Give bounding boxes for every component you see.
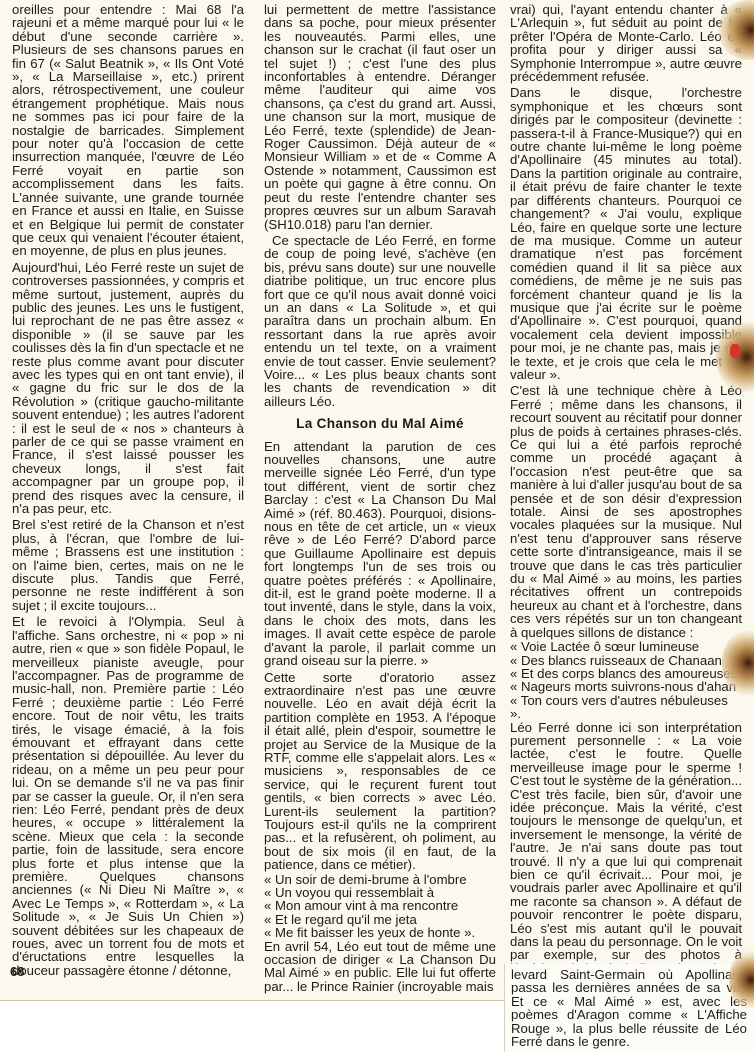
verse-line: « Et des corps blancs des amoureuses — [510, 667, 742, 680]
article-column-3-tail: levard Saint-Germain où Apollinaire pass… — [511, 968, 747, 1049]
paragraph: Dans le disque, l'orchestre symphonique … — [510, 86, 742, 381]
verse-line: « Ton cours vers d'autres nébuleuses ». — [510, 694, 742, 721]
verse-line: « Nageurs morts suivrons-nous d'ahan — [510, 680, 742, 693]
verse-line: « Voie Lactée ô sœur lumineuse — [510, 640, 742, 653]
paragraph: Léo Ferré donne ici son interprétation p… — [510, 721, 742, 1003]
paragraph: levard Saint-Germain où Apollinaire pass… — [511, 968, 747, 1048]
paragraph: Ce spectacle de Léo Ferré, en forme de c… — [264, 234, 496, 408]
article-continuation-clipping: levard Saint-Germain où Apollinaire pass… — [504, 964, 754, 1052]
article-column-2: lui permettent de mettre l'assistance da… — [264, 3, 496, 994]
paragraph: oreilles pour entendre : Mai 68 l'a raje… — [12, 3, 244, 258]
page-number: 68 — [10, 964, 24, 979]
paragraph: En attendant la parution de ces nouvelle… — [264, 440, 496, 668]
verse-line: « Mon amour vint à ma rencontre — [264, 899, 496, 912]
verse-line: « Un voyou qui ressemblait à — [264, 886, 496, 899]
verse-line: « Me fit baisser les yeux de honte ». — [264, 926, 496, 939]
article-column-1: oreilles pour entendre : Mai 68 l'a raje… — [12, 3, 244, 978]
paragraph: C'est là une technique chère à Léo Ferré… — [510, 384, 742, 639]
verse-line: « Un soir de demi-brume à l'ombre — [264, 873, 496, 886]
magazine-page: oreilles pour entendre : Mai 68 l'a raje… — [0, 0, 754, 1000]
paragraph: En avril 54, Léo eut tout de même une oc… — [264, 940, 496, 994]
paragraph: Et le revoici à l'Olympia. Seul à l'affi… — [12, 615, 244, 977]
verse-line: « Et le regard qu'il me jeta — [264, 913, 496, 926]
paragraph: Cette sorte d'oratorio assez extraordina… — [264, 671, 496, 872]
paragraph: vrai) qui, l'ayant entendu chanter à « L… — [510, 3, 742, 83]
paragraph: Brel s'est retiré de la Chanson et n'est… — [12, 518, 244, 612]
paragraph: Aujourd'hui, Léo Ferré reste un sujet de… — [12, 261, 244, 516]
section-heading: La Chanson du Mal Aimé — [264, 417, 496, 430]
verse-line: « Des blancs ruisseaux de Chanaan — [510, 654, 742, 667]
article-column-3: vrai) qui, l'ayant entendu chanter à « L… — [510, 3, 742, 1003]
paragraph: lui permettent de mettre l'assistance da… — [264, 3, 496, 231]
